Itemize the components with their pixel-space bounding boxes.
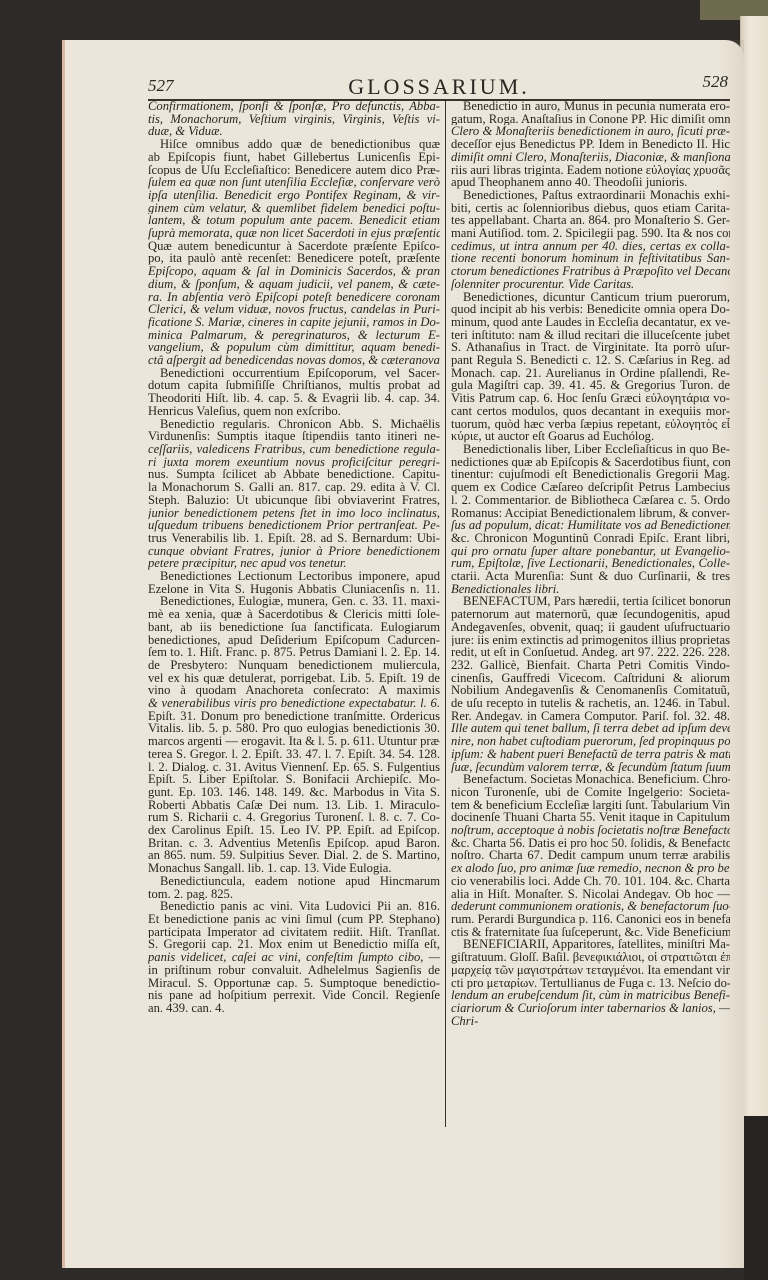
- text-line: Confirmationem, ſponſi & ſponſæ, Pro def…: [148, 100, 440, 113]
- text-line: vel ex his quæ detulerat, porrigebat. Li…: [148, 672, 440, 685]
- text-line: redit, ut eſt in Conſuetud. Andeg. art 9…: [451, 646, 730, 659]
- text-line: ctis & fraternitate ſua ſuſceperunt, &c.…: [451, 926, 730, 939]
- text-line: junior benedictionem petens ſtet in imo …: [148, 507, 440, 520]
- text-line: Et benedictione panis ac vini ſimul (cum…: [148, 913, 440, 926]
- text-line: BENEFACTUM, Pars hæredii, tertia ſcilice…: [451, 595, 730, 608]
- text-line: Steph. Baluzio: Ut ubicunque ſibi obviav…: [148, 494, 440, 507]
- text-line: Quæ autem benedicuntur à Sacerdote præſe…: [148, 240, 440, 253]
- text-line: riis auri libras triginta. Eadem notione…: [451, 164, 730, 177]
- text-line: Benedictiones, Paſtus extraordinarii Mon…: [451, 189, 730, 202]
- text-line: ex alodo ſuo, pro animæ ſuæ remedio, nec…: [451, 862, 730, 875]
- text-line: Benedictiones, Eulogiæ, munera, Gen. c. …: [148, 595, 440, 608]
- text-line: minum, quod ante Laudes in Eccleſia deca…: [451, 316, 730, 329]
- text-line: ficatione S. Mariæ, cineres in capite je…: [148, 316, 440, 329]
- adjacent-page-edge: [740, 16, 768, 1116]
- text-line: ſulem ea quæ non ſunt utenſilia Eccleſiæ…: [148, 176, 440, 189]
- text-line: ſcopus de Uſu Eccleſiaſtico: Benedicere …: [148, 164, 440, 177]
- column-divider: [445, 101, 446, 1127]
- text-line: Hiſce omnibus addo quæ de benedictionibu…: [148, 138, 440, 151]
- text-line: nicon Turonenſe, ubi de Comite Ingelgeri…: [451, 786, 730, 799]
- text-line: deceſſor ejus Benedictus PP. Idem in Ben…: [451, 138, 730, 151]
- text-line: qui pro ornatu ſuper altare ponebantur, …: [451, 545, 730, 558]
- text-line: Benedictionales libri.: [451, 583, 730, 596]
- text-line: Miracul. S. Opportunæ cap. 5. Sumptoque …: [148, 977, 440, 990]
- text-line: ctarii. Acta Murenſia: Sunt & duo Curſin…: [451, 570, 730, 583]
- text-line: ſem to. 1. Hiſt. Franc. p. 875. Petrus D…: [148, 646, 440, 659]
- running-title: GLOSSARIUM.: [148, 74, 730, 100]
- text-line: noſtro. Charta 67. Dedit campum unum ter…: [451, 849, 730, 862]
- text-line: paternorum aut maternorũ, quæ ſecundogen…: [451, 608, 730, 621]
- text-line: ſolenniter procurentur. Vide Caritas.: [451, 278, 730, 291]
- catchword: Chri-: [451, 1015, 730, 1028]
- text-line: rum. Perardi Burgundica p. 116. Canonici…: [451, 913, 730, 926]
- text-line: tem & beneficium Eccleſiæ largiti ſunt. …: [451, 799, 730, 812]
- text-line: Henricus Valeſius, quem non exſcribo.: [148, 405, 440, 418]
- text-line: noſtrum, acceptoque à nobis ſocietatis n…: [451, 824, 730, 837]
- text-line: trus Venerabilis lib. 1. Epiſt. 28. ad S…: [148, 532, 440, 545]
- text-line: Epiſt. 31. Donum pro benedictione tranſm…: [148, 710, 440, 723]
- text-line: Romanus: Accipiat Benedictionalem librum…: [451, 507, 730, 520]
- text-line: cant certos modulos, quos decantant in e…: [451, 405, 730, 418]
- text-line: teri inſtituto: nam & illud recitari die…: [451, 329, 730, 342]
- text-line: rum, Epiſtolæ, ſive Lectionarii, Benedic…: [451, 557, 730, 570]
- text-line: l. 2. Dialog. c. 31. Avitus Viennenſ. Ep…: [148, 761, 440, 774]
- text-line: Benedictio panis ac vini. Vita Ludovici …: [148, 900, 440, 913]
- text-line: tinentur: cujuſmodi eſt Benedictionalis …: [451, 468, 730, 481]
- text-line: apud Theophanem anno 40. Theodoſii junio…: [451, 176, 730, 189]
- text-line: Vitalis. lib. 5. p. 580. Pro quo eulogia…: [148, 722, 440, 735]
- background-corner: [744, 1116, 768, 1280]
- text-line: marcos argenti — erogavit. Ita & l. 5. p…: [148, 735, 440, 748]
- text-line: Benedictio in auro, Munus in pecunia num…: [451, 100, 730, 113]
- text-line: duæ, & Viduæ.: [148, 125, 440, 138]
- text-line: ginem cùm velatur, & quemlibet fidelem b…: [148, 202, 440, 215]
- page-number-right: 528: [703, 72, 729, 92]
- text-line: uſquedum tribuens benedictionem Prior pe…: [148, 519, 440, 532]
- text-line: rum S. Richarii c. 4. Gregorius Turonenſ…: [148, 811, 440, 824]
- text-line: gula Magiſtri cap. 39. 41. 45. & Gregori…: [451, 379, 730, 392]
- text-line: biti, certis ac ſolennioribus diebus, qu…: [451, 202, 730, 215]
- text-line: Vitis Patrum cap. 6. Hoc ſenſu Græci εὐλ…: [451, 392, 730, 405]
- text-line: ceſſariis, valedicens Fratribus, cum ben…: [148, 443, 440, 456]
- text-line: cunque obviant Fratres, junior à Priore …: [148, 545, 440, 558]
- text-line: tis, Monachorum, Veſtium virginis, Virgi…: [148, 113, 440, 126]
- text-line: cedimus, ut intra annum per 40. dies, ce…: [451, 240, 730, 253]
- text-line: tuorum, quòd hæc verba ſæpius repetant, …: [451, 418, 730, 431]
- text-line: Benedictiuncula, eadem notione apud Hinc…: [148, 875, 440, 888]
- text-line: petere præcipitur, nec apud vos tenetur.: [148, 557, 440, 570]
- text-line: alia in Hiſt. Monaſter. S. Nicolai Andeg…: [451, 888, 730, 901]
- text-line: po, ita paulò antè recenſet: Benedicere …: [148, 252, 440, 265]
- text-line: tom. 2. pag. 825.: [148, 888, 440, 901]
- text-line: an 865. num. 59. Sulpitius Sever. Dial. …: [148, 849, 440, 862]
- text-line: Clero & Monaſteriis benedictionem in aur…: [451, 125, 730, 138]
- text-line: de Presbytero: Nunquam benedictionem mul…: [148, 659, 440, 672]
- text-line: ctâ aſpergit ad benedicendas novas domos…: [148, 354, 440, 367]
- text-line: lantem, & totum populum ante pacem. Bene…: [148, 214, 440, 227]
- text-line: BENEFICIARII, Apparitores, ſatellites, m…: [451, 938, 730, 951]
- text-line: mani Autiſiod. tom. 2. Spicilegii pag. 5…: [451, 227, 730, 240]
- text-line: pant Regula S. Benedicti c. 12. S. Cæſar…: [451, 354, 730, 367]
- text-line: ipſum: & habent pueri Benefactũ de terra…: [451, 748, 730, 761]
- text-line: bant, ab iis benedictione ſua ſanctifica…: [148, 621, 440, 634]
- text-line: &c. Charta 56. Datis ei pro hoc 50. ſoli…: [451, 837, 730, 850]
- text-line: nedictiones quæ ab Epiſcopis & Sacerdoti…: [451, 456, 730, 469]
- text-line: quod incipit ab his verbis: Benedicite o…: [451, 303, 730, 316]
- text-line: ſuprà memorata, quæ non licet Sacerdoti …: [148, 227, 440, 240]
- text-line: &c. Chronicon Moguntinũ Conradi Epiſc. E…: [451, 532, 730, 545]
- text-line: gatum, Roga. Anaſtaſius in Conone PP. Hi…: [451, 113, 730, 126]
- text-line: nire, non habet cuſtodiam puerorum, ſed …: [451, 735, 730, 748]
- text-line: quem ex Codice Cæſareo deſcripſit Petrus…: [451, 481, 730, 494]
- text-line: κύριε, ut auctor eſt Goarus ad Euchólog.: [451, 430, 730, 443]
- text-line: Benefactum. Societas Monachica. Benefici…: [451, 773, 730, 786]
- text-line: vino à quodam Anachoreta conſecrato: A m…: [148, 684, 440, 697]
- text-line: Britan. c. 3. Adventius Metenſis Epiſcop…: [148, 837, 440, 850]
- text-line: nus. Sumpta ſcilicet ab Abbate benedicti…: [148, 468, 440, 481]
- text-line: jure: iis enim extinctis ad primogenitos…: [451, 634, 730, 647]
- text-line: Benedictio regularis. Chronicon Abb. S. …: [148, 418, 440, 431]
- text-line: Benedictiones Lectionum Lectoribus impon…: [148, 570, 440, 583]
- text-line: Roberti Abbatis Caſæ Dei num. 13. Lib. 1…: [148, 799, 440, 812]
- text-line: cinenſis, Gauffredi Vicecom. Caſtriduni …: [451, 672, 730, 685]
- text-line: ipſa utenſilia. Benedicit ergo Pontifex …: [148, 189, 440, 202]
- text-line: μαρχείᾳ τῶν μαγιστράτων τεταγμένοι. Ita …: [451, 964, 730, 977]
- text-line: Epiſt. 5. Liber Epiſtolar. S. Bonifacii …: [148, 773, 440, 786]
- text-line: Nobilium Andegavenſis & Cenomanenſis Com…: [451, 684, 730, 697]
- text-line: Ille autem qui tenet ballum, ſi terra de…: [451, 722, 730, 735]
- text-line: ſuæ, ſecundùm valorem terræ, & ſecundùm …: [451, 761, 730, 774]
- text-line: Monachus Sangall. lib. 1. cap. 13. Vide …: [148, 862, 440, 875]
- text-line: terea S. Gregor. l. 2. Epiſt. 33. 47. l.…: [148, 748, 440, 761]
- text-line: dium, & ſponſum, & aquam judicii, vel pa…: [148, 278, 440, 291]
- text-line: giſtratuum. Gloſſ. Baſil. βενεφικιάλιοι,…: [451, 951, 730, 964]
- text-line: ciariorum & Curioſorum inter tabernarios…: [451, 1002, 730, 1015]
- text-line: cio venerabilis loci. Adde Ch. 70. 101. …: [451, 875, 730, 888]
- text-line: ctorum benedictiones Fratribus à Præpoſi…: [451, 265, 730, 278]
- text-line: Epiſcopo, aquam & ſal in Dominicis Sacer…: [148, 265, 440, 278]
- text-line: Clerici, & velum viduæ, novos fructus, c…: [148, 303, 440, 316]
- text-line: tione recenti bonorum hominum in feſtivi…: [451, 252, 730, 265]
- text-line: Rer. Andegav. in Camera Computor. Pariſ.…: [451, 710, 730, 723]
- text-line: dotum capita ſubmiſiſſe Chriſtianos, mul…: [148, 379, 440, 392]
- text-line: Benedictioni occurrentium Epiſcoporum, v…: [148, 367, 440, 380]
- text-line: nis pane ad hoſpitium perrexit. Vide Con…: [148, 989, 440, 1002]
- text-line: docinenſe Thuani Charta 55. Venit itaque…: [451, 811, 730, 824]
- text-line: cti pro μεταρίων. Tertullianus de Fuga c…: [451, 977, 730, 990]
- text-line: panis videlicet, caſei ac vini, confeſti…: [148, 951, 440, 964]
- text-line: gunt. Ep. 103. 146. 148. 149. &c. Marbod…: [148, 786, 440, 799]
- text-line: minica Palmarum, & peregrinaturos, & lec…: [148, 329, 440, 342]
- text-line: in priſtinum robur convaluit. Adhelelmus…: [148, 964, 440, 977]
- right-column: Benedictio in auro, Munus in pecunia num…: [451, 100, 730, 1027]
- text-line: 232. Gallicè, Bienfait. Charta Petri Com…: [451, 659, 730, 672]
- text-line: ra. In abſentia verò Epiſcopi poteſt ben…: [148, 291, 440, 304]
- text-line: benedictiones, apud Deſiderium Epiſcopum…: [148, 634, 440, 647]
- text-line: dimiſit omni Clero, Monaſteriis, Diaconi…: [451, 151, 730, 164]
- text-line: S. Gregorii cap. 21. Mox enim ut Benedic…: [148, 938, 440, 951]
- text-line: dederunt communionem orationis, & benefa…: [451, 900, 730, 913]
- text-line: de uſu recepto in tutelis & rachetis, an…: [451, 697, 730, 710]
- page-header: 527 GLOSSARIUM. 528: [148, 72, 730, 100]
- text-line: Andegavenſes, obvenit, quaq; ii gaudent …: [451, 621, 730, 634]
- text-line: & venerabilibus viris pro benedictione e…: [148, 697, 440, 710]
- text-line: ri juxta morem exeuntium novus proficiſc…: [148, 456, 440, 469]
- text-line: Benedictiones, dicuntur Canticum trium p…: [451, 291, 730, 304]
- text-line: Benedictionalis liber, Liber Eccleſiaſti…: [451, 443, 730, 456]
- text-line: l. 2. Commentarior. de Bibliotheca Cæſar…: [451, 494, 730, 507]
- text-line: an. 439. can. 4.: [148, 1002, 440, 1015]
- text-line: S. Athanaſius in Tract. de Virginitate. …: [451, 341, 730, 354]
- text-line: ab Epiſcopis fiunt, habet Gillebertus Lu…: [148, 151, 440, 164]
- text-line: Ezelone in Vita S. Hugonis Abbatis Cluni…: [148, 583, 440, 596]
- text-line: Virdunenſis: Sumptis itaque ſtipendiis t…: [148, 430, 440, 443]
- text-line: participata Imperator ad civitatem redii…: [148, 926, 440, 939]
- text-line: tes appellabant. Charta an. 864. pro Mon…: [451, 214, 730, 227]
- text-line: vangelium, & populum cùm dimittitur, aqu…: [148, 341, 440, 354]
- text-line: ſus ad populum, dicat: Humilitate vos ad…: [451, 519, 730, 532]
- text-line: la Monachorum S. Galli an. 817. cap. 29.…: [148, 481, 440, 494]
- left-column: Confirmationem, ſponſi & ſponſæ, Pro def…: [148, 100, 440, 1015]
- text-line: Monach. cap. 21. Aurelianus in Ordine pſ…: [451, 367, 730, 380]
- text-line: lendum an erubeſcendum ſit, cùm in matri…: [451, 989, 730, 1002]
- text-line: Theodoriti Hiſt. lib. 4. cap. 5. & Evagr…: [148, 392, 440, 405]
- text-line: mè ea xenia, quæ à Sacerdotibus & Cleric…: [148, 608, 440, 621]
- text-line: dex Carolinus Epiſt. 15. Leo IV. PP. Epi…: [148, 824, 440, 837]
